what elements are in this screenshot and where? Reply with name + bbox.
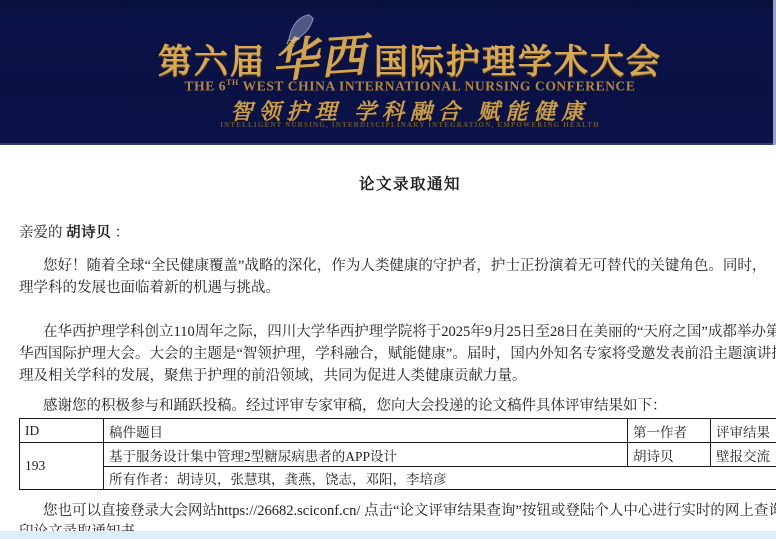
table-header-id: ID bbox=[20, 419, 104, 443]
notice-title: 论文录取通知 bbox=[0, 176, 776, 193]
footer-post-url: 点击“论文评审结果查询”按钮或登陆个人中心进行实时的网上查询并 bbox=[360, 503, 776, 519]
footer-pre-url: 您也可以直接登录大会网站 bbox=[43, 503, 217, 519]
table-row: 193 基于服务设计集中管理2型糖尿病患者的APP设计 胡诗贝 壁报交流 bbox=[20, 443, 776, 467]
recipient-name: 胡诗贝 bbox=[66, 225, 111, 241]
viewer-background-strip bbox=[0, 531, 776, 539]
table-header-result: 评审结果 bbox=[711, 419, 776, 443]
footer-line: 您也可以直接登录大会网站https://26682.sciconf.cn/ 点击… bbox=[43, 503, 776, 520]
banner-subtitle-sup: TH bbox=[226, 78, 239, 87]
table-row: 所有作者：胡诗贝，张慧琪，龚燕，饶志，邓阳，李培彦 bbox=[20, 467, 776, 490]
cell-review-result: 壁报交流 bbox=[711, 443, 776, 467]
salutation-colon: ： bbox=[111, 225, 129, 241]
ginkgo-leaf-icon bbox=[283, 12, 319, 44]
paragraph-line: 华西国际护理大会。大会的主题是“智领护理，学科融合，赋能健康”。届时，国内外知名… bbox=[19, 346, 776, 363]
results-table: ID 稿件题目 第一作者 评审结果 193 基于服务设计集中管理2型糖尿病患者的… bbox=[19, 418, 776, 490]
conference-url[interactable]: https://26682.sciconf.cn/ bbox=[217, 503, 360, 519]
banner-subtitle-pre: THE 6 bbox=[184, 79, 226, 94]
table-header-first-author: 第一作者 bbox=[628, 419, 711, 443]
salutation-prefix: 亲爱的 bbox=[19, 225, 66, 241]
cell-paper-title: 基于服务设计集中管理2型糖尿病患者的APP设计 bbox=[104, 443, 628, 467]
paragraph-line: 在华西护理学科创立110周年之际，四川大学华西护理学院将于2025年9月25日至… bbox=[43, 324, 776, 341]
paragraph-line: 理学科的发展也面临着新的机遇与挑战。 bbox=[19, 280, 280, 297]
banner-slogan-en: INTELLIGENT NURSING, INTERDISCIPLINARY I… bbox=[0, 121, 776, 129]
paragraph-line: 感谢您的积极参与和踊跃投稿。经过评审专家审稿，您向大会投递的论文稿件具体评审结果… bbox=[43, 398, 667, 415]
cell-paper-id: 193 bbox=[20, 443, 104, 490]
salutation: 亲爱的 胡诗贝 ： bbox=[19, 225, 129, 242]
notice-document-page: 第六届 华西 国际护理学术大会 THE 6TH WEST CHINA INTER… bbox=[0, 0, 776, 539]
cell-first-author: 胡诗贝 bbox=[628, 443, 711, 467]
paragraph-line: 您好！随着全球“全民健康覆盖”战略的深化，作为人类健康的守护者，护士正扮演着无可… bbox=[43, 258, 766, 275]
banner-subtitle-en: THE 6TH WEST CHINA INTERNATIONAL NURSING… bbox=[0, 78, 776, 95]
banner-title-prefix: 第六届 bbox=[158, 34, 266, 83]
banner-subtitle-post: WEST CHINA INTERNATIONAL NURSING CONFERE… bbox=[239, 79, 636, 94]
banner-title-suffix: 国际护理学术大会 bbox=[374, 34, 662, 83]
table-header-title: 稿件题目 bbox=[104, 419, 628, 443]
banner-title: 第六届 华西 国际护理学术大会 bbox=[0, 34, 776, 83]
cell-all-authors: 所有作者：胡诗贝，张慧琪，龚燕，饶志，邓阳，李培彦 bbox=[104, 467, 776, 490]
conference-banner: 第六届 华西 国际护理学术大会 THE 6TH WEST CHINA INTER… bbox=[0, 0, 773, 145]
calligraphy-huaxi: 华西 bbox=[269, 35, 372, 82]
paragraph-line: 理及相关学科的发展，聚焦于护理的前沿领域，共同为促进人类健康贡献力量。 bbox=[19, 368, 527, 385]
